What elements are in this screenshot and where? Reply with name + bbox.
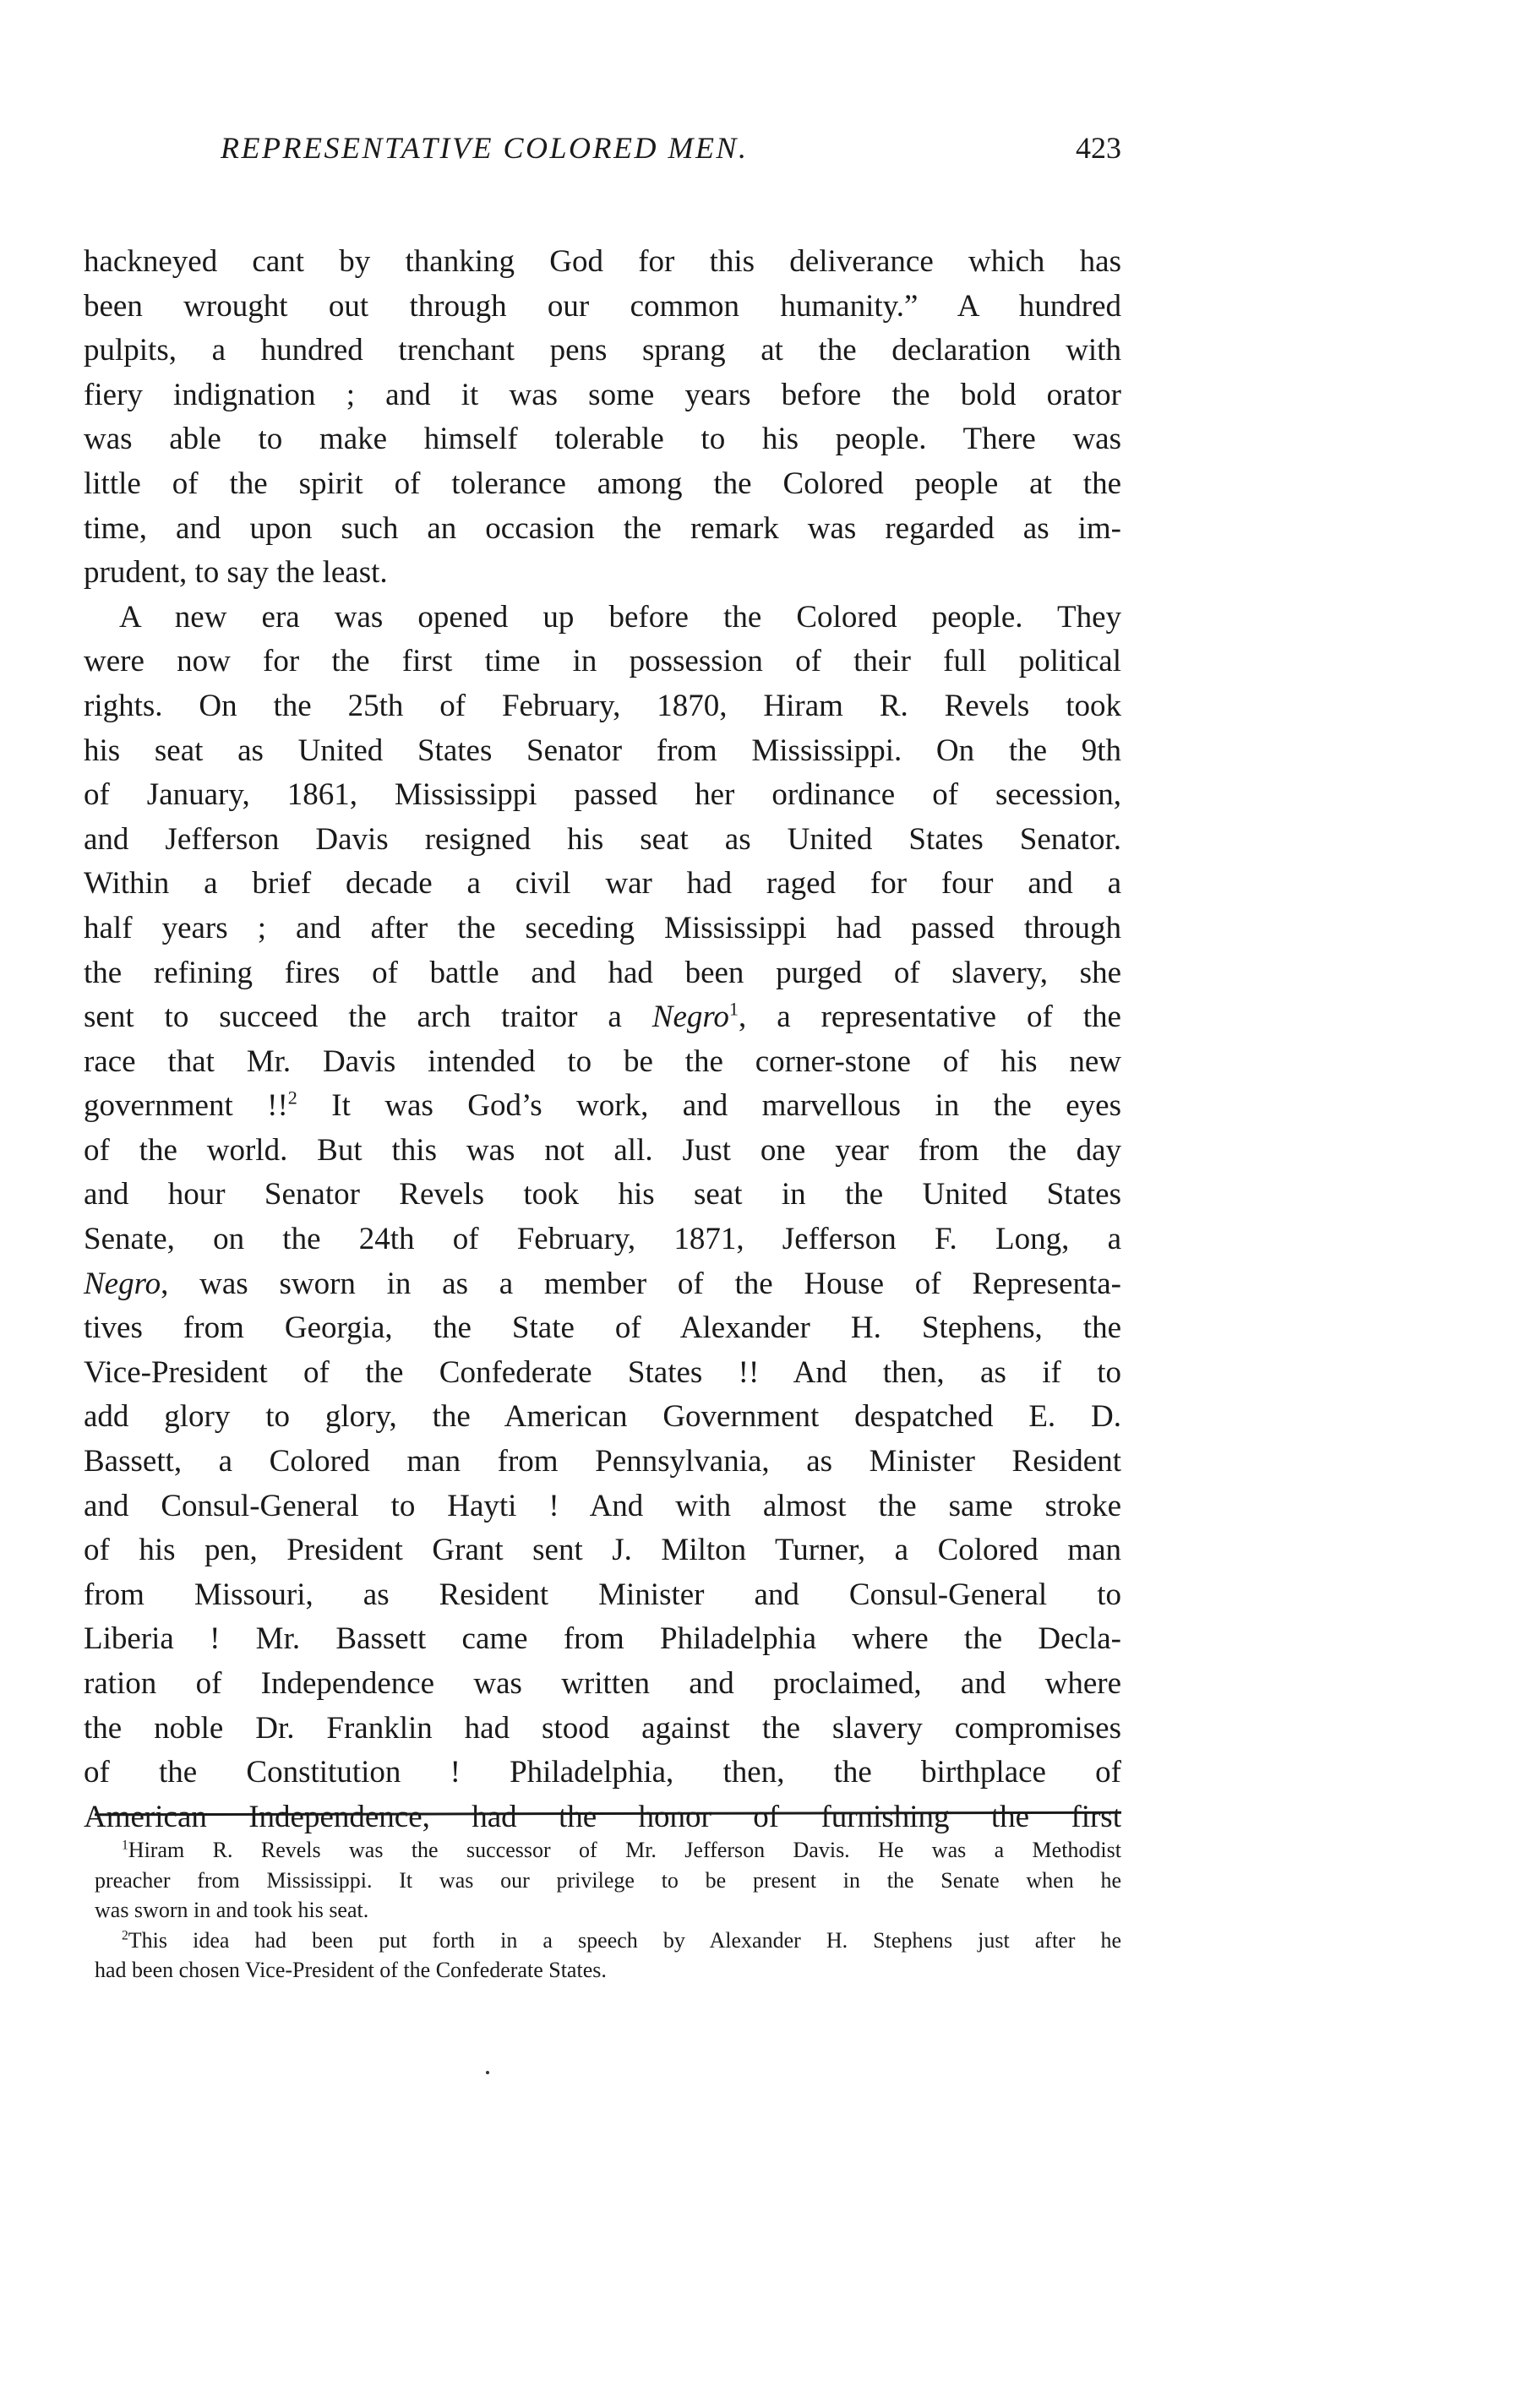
running-title: REPRESENTATIVE COLORED MEN.: [221, 127, 748, 169]
text-line: was able to make himself tolerable to hi…: [84, 417, 1121, 462]
text-line: Senate, on the 24th of February, 1871, J…: [84, 1218, 1121, 1262]
italic-negro: Negro: [84, 1267, 161, 1301]
footnote-1-line: 1Hiram R. Revels was the successor of Mr…: [95, 1835, 1121, 1866]
body-text: hackneyed cant by thanking God for this …: [84, 240, 1121, 1839]
text-line: from Missouri, as Resident Minister and …: [84, 1573, 1121, 1618]
text-line: fiery indignation ; and it was some year…: [84, 373, 1121, 418]
footnote-2-line: had been chosen Vice-President of the Co…: [95, 1955, 1121, 1986]
footnote-text: This idea had been put forth in a speech…: [128, 1928, 1121, 1953]
text-line: add glory to glory, the American Governm…: [84, 1395, 1121, 1440]
text-fragment: It was God’s work, and marvellous in the…: [297, 1088, 1121, 1123]
page-number: 423: [1076, 127, 1121, 169]
text-line: ration of Independence was written and p…: [84, 1662, 1121, 1707]
text-line: Within a brief decade a civil war had ra…: [84, 862, 1121, 907]
text-line: time, and upon such an occasion the rema…: [84, 507, 1121, 552]
text-line: of the Constitution ! Philadelphia, then…: [84, 1751, 1121, 1795]
text-line: Vice-President of the Confederate States…: [84, 1351, 1121, 1396]
text-line: and hour Senator Revels took his seat in…: [84, 1173, 1121, 1218]
italic-negro: Negro: [652, 1000, 729, 1034]
text-line: and Jefferson Davis resigned his seat as…: [84, 818, 1121, 863]
text-line: rights. On the 25th of February, 1870, H…: [84, 684, 1121, 729]
text-fragment: ,: [161, 1267, 168, 1301]
text-line: and Consul-General to Hayti ! And with a…: [84, 1485, 1121, 1529]
text-fragment: sent to succeed the arch traitor a: [84, 1000, 652, 1034]
text-fragment: was sworn in as a member of the House of…: [199, 1267, 1121, 1301]
footnote-2-line: 2This idea had been put forth in a speec…: [95, 1926, 1121, 1956]
footnote-ref-2[interactable]: 2: [288, 1087, 297, 1109]
text-line: tives from Georgia, the State of Alexand…: [84, 1306, 1121, 1351]
footnote-marker-1: 1: [122, 1838, 128, 1852]
text-line: the noble Dr. Franklin had stood against…: [84, 1707, 1121, 1752]
footnote-marker-2: 2: [122, 1928, 128, 1942]
text-line: been wrought out through our common huma…: [84, 285, 1121, 330]
text-line: were now for the first time in possessio…: [84, 640, 1121, 684]
text-line: of the world. But this was not all. Just…: [84, 1129, 1121, 1174]
text-fragment: , a representative of the: [739, 1000, 1121, 1034]
text-line: his seat as United States Senator from M…: [84, 729, 1121, 774]
footnote-1-line: was sworn in and took his seat.: [95, 1895, 1121, 1926]
text-line: A new era was opened up before the Color…: [84, 596, 1121, 640]
footnotes: 1Hiram R. Revels was the successor of Mr…: [95, 1835, 1121, 1986]
text-line: hackneyed cant by thanking God for this …: [84, 240, 1121, 285]
text-line: pulpits, a hundred trenchant pens sprang…: [84, 329, 1121, 373]
text-line: prudent, to say the least.: [84, 551, 1121, 596]
text-line: Liberia ! Mr. Bassett came from Philadel…: [84, 1617, 1121, 1662]
text-fragment: government !!: [84, 1088, 288, 1123]
text-line: race that Mr. Davis intended to be the c…: [84, 1040, 1121, 1085]
running-header: REPRESENTATIVE COLORED MEN. 423: [221, 127, 1121, 169]
text-line: Bassett, a Colored man from Pennsylvania…: [84, 1440, 1121, 1485]
text-line: of his pen, President Grant sent J. Milt…: [84, 1528, 1121, 1573]
scan-speck: [486, 2071, 489, 2074]
footnote-ref-1[interactable]: 1: [729, 999, 739, 1020]
text-line: American Independence, had the honor of …: [84, 1795, 1121, 1840]
text-line: half years ; and after the seceding Miss…: [84, 907, 1121, 951]
text-line: sent to succeed the arch traitor a Negro…: [84, 995, 1121, 1040]
text-line: the refining fires of battle and had bee…: [84, 951, 1121, 996]
text-line: little of the spirit of tolerance among …: [84, 462, 1121, 507]
text-line: Negro, was sworn in as a member of the H…: [84, 1262, 1121, 1307]
footnote-1-line: preacher from Mississippi. It was our pr…: [95, 1866, 1121, 1896]
text-line: government !!2 It was God’s work, and ma…: [84, 1084, 1121, 1129]
footnote-text: Hiram R. Revels was the successor of Mr.…: [128, 1838, 1121, 1862]
text-line: of January, 1861, Mississippi passed her…: [84, 773, 1121, 818]
